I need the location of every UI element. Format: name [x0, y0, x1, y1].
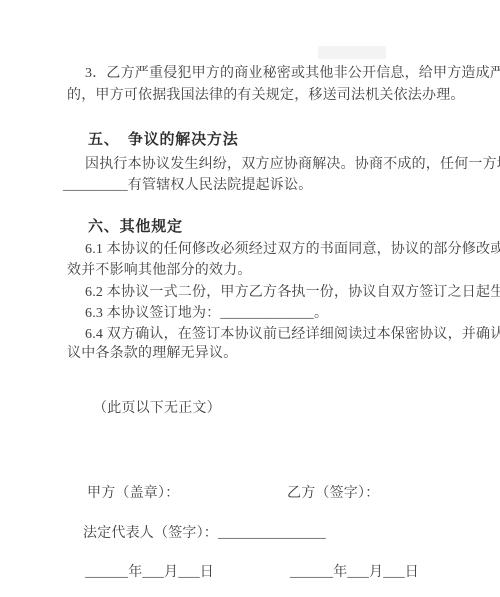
party-b-signature-label: 乙方（签字）： [287, 484, 379, 504]
date-line-party-a: ______年___月___日 [85, 563, 214, 583]
clause-6-4-line-2: 议中各条款的理解无异议。 [67, 344, 237, 364]
section-6-heading: 六、其他规定 [88, 217, 183, 237]
clause-6-1-line-2: 效并不影响其他部分的效力。 [67, 261, 252, 281]
legal-representative-signature-line: 法定代表人（签字）：_______________ [83, 524, 326, 544]
clause-6-1-line-1: 6.1 本协议的任何修改必须经过双方的书面同意，协议的部分修改或部分无 [85, 240, 500, 260]
clause-6-4-line-1: 6.4 双方确认，在签订本协议前已经详细阅读过本保密协议，并确认对本协 [85, 325, 500, 345]
date-line-party-b: ______年___月___日 [290, 563, 419, 583]
clause-3-line-1: 3．乙方严重侵犯甲方的商业秘密或其他非公开信息，给甲方造成严重损失 [85, 64, 500, 84]
clause-3-line-2: 的，甲方可依据我国法律的有关规定，移送司法机关依法办理。 [67, 86, 465, 106]
confidentiality-agreement-document: 3．乙方严重侵犯甲方的商业秘密或其他非公开信息，给甲方造成严重损失 的，甲方可依… [0, 0, 500, 597]
end-of-text-note: （此页以下无正文） [93, 399, 221, 419]
scan-artifact-smudge [318, 46, 386, 59]
party-a-seal-label: 甲方（盖章）： [87, 484, 179, 504]
clause-6-3: 6.3 本协议签订地为：_____________。 [85, 304, 328, 324]
section-5-heading: 五、 争议的解决方法 [88, 130, 239, 150]
clause-6-2: 6.2 本协议一式二份，甲方乙方各执一份，协议自双方签订之日起生效。 [85, 283, 500, 303]
section-5-body-line-1: 因执行本协议发生纠纷，双方应协商解决。协商不成的，任何一方均有权向 [85, 155, 500, 175]
section-5-body-line-2: _________有管辖权人民法院提起诉讼。 [63, 176, 312, 196]
